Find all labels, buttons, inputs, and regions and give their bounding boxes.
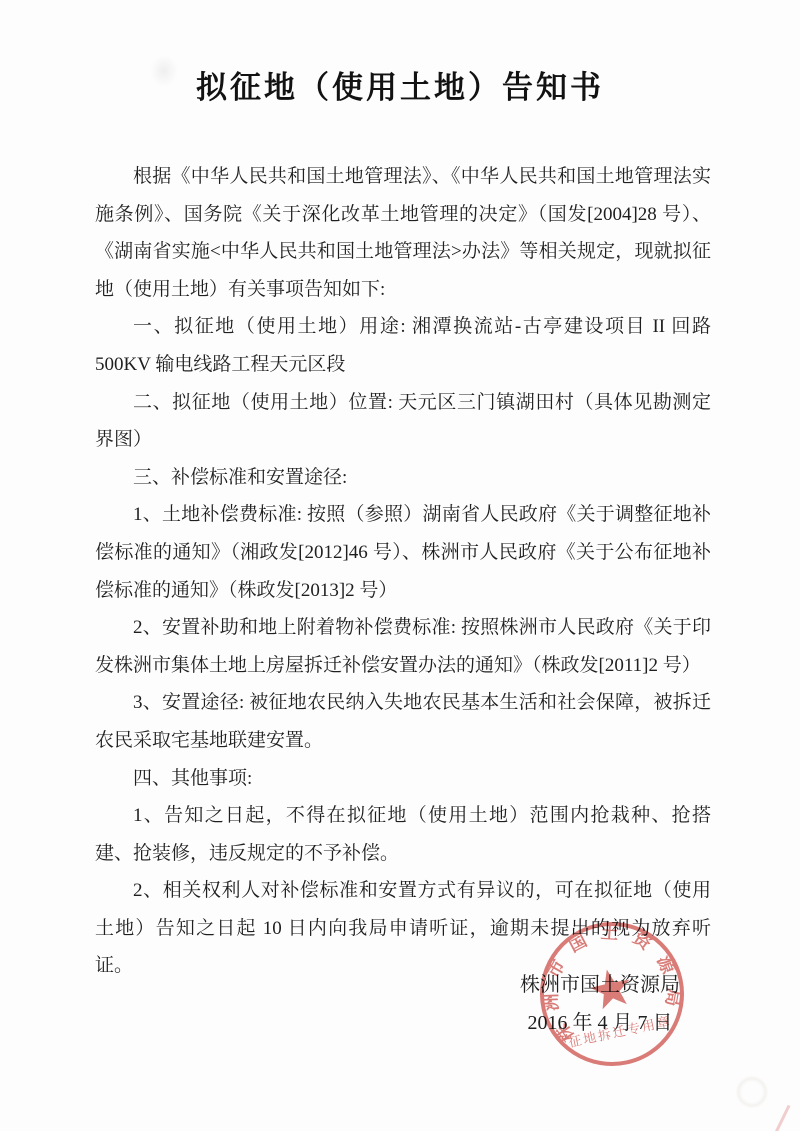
signature-block: 株洲市国土资源局 2016 年 4 月 7 日 xyxy=(430,966,770,1042)
item-3-1-land-compensation: 1、土地补偿费标准: 按照（参照）湖南省人民政府《关于调整征地补偿标准的通知》（… xyxy=(95,496,711,609)
agency-signature: 株洲市国土资源局 xyxy=(430,966,770,1004)
paragraph-legal-basis: 根据《中华人民共和国土地管理法》、《中华人民共和国土地管理法实施条例》、国务院《… xyxy=(95,158,711,308)
document-page: 拟征地（使用土地）告知书 根据《中华人民共和国土地管理法》、《中华人民共和国土地… xyxy=(0,0,800,1131)
scan-red-mark xyxy=(775,1105,791,1131)
document-body: 根据《中华人民共和国土地管理法》、《中华人民共和国土地管理法实施条例》、国务院《… xyxy=(95,158,711,985)
scan-smudge xyxy=(150,55,178,87)
item-3-2-resettlement-subsidy: 2、安置补助和地上附着物补偿费标准: 按照株洲市人民政府《关于印发株洲市集体土地… xyxy=(95,609,711,684)
item-4-1-no-rush-construction: 1、告知之日起，不得在拟征地（使用土地）范围内抢栽种、抢搭建、抢装修，违反规定的… xyxy=(95,797,711,872)
item-3-heading: 三、补偿标准和安置途径: xyxy=(95,459,711,497)
signature-date: 2016 年 4 月 7 日 xyxy=(430,1004,770,1042)
document-title: 拟征地（使用土地）告知书 xyxy=(0,0,800,106)
item-2-location: 二、拟征地（使用土地）位置: 天元区三门镇湖田村（具体见勘测定界图） xyxy=(95,384,711,459)
item-1-purpose: 一、拟征地（使用土地）用途: 湘潭换流站-古亭建设项目 II 回路 500KV … xyxy=(95,308,711,383)
item-3-3-resettlement-approach: 3、安置途径: 被征地农民纳入失地农民基本生活和社会保障，被拆迁农民采取宅基地联… xyxy=(95,684,711,759)
scan-smudge xyxy=(730,1070,774,1114)
item-4-heading: 四、其他事项: xyxy=(95,760,711,798)
